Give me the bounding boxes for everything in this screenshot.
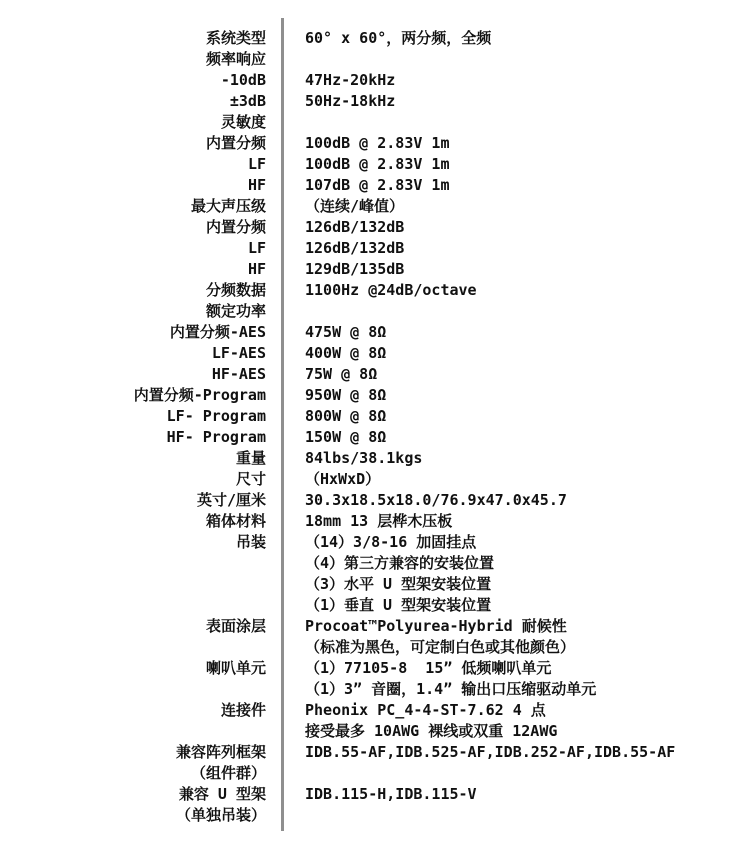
spec-value: 100dB @ 2.83V 1m bbox=[305, 154, 450, 175]
spec-label: HF-AES bbox=[0, 364, 266, 385]
spec-row: 内置分频126dB/132dB bbox=[0, 217, 750, 238]
spec-row: 系统类型60° x 60°，两分频，全频 bbox=[0, 28, 750, 49]
spec-table: 系统类型60° x 60°，两分频，全频频率响应-10dB47Hz-20kHz±… bbox=[0, 28, 750, 826]
spec-row: 最大声压级（连续/峰值） bbox=[0, 196, 750, 217]
spec-row: LF100dB @ 2.83V 1m bbox=[0, 154, 750, 175]
spec-label: LF bbox=[0, 238, 266, 259]
spec-row: 兼容阵列框架IDB.55-AF,IDB.525-AF,IDB.252-AF,ID… bbox=[0, 742, 750, 763]
spec-value: 75W @ 8Ω bbox=[305, 364, 377, 385]
spec-row: 额定功率 bbox=[0, 301, 750, 322]
spec-row: （单独吊装） bbox=[0, 805, 750, 826]
spec-row: （3）水平 U 型架安装位置 bbox=[0, 574, 750, 595]
spec-row: HF129dB/135dB bbox=[0, 259, 750, 280]
spec-value: 1100Hz @24dB/octave bbox=[305, 280, 477, 301]
spec-value: 800W @ 8Ω bbox=[305, 406, 386, 427]
spec-label: 兼容 U 型架 bbox=[0, 784, 266, 805]
spec-label: 英寸/厘米 bbox=[0, 490, 266, 511]
spec-label: LF-AES bbox=[0, 343, 266, 364]
spec-row: （组件群） bbox=[0, 763, 750, 784]
spec-value: （4）第三方兼容的安装位置 bbox=[305, 553, 494, 574]
spec-row: （1）3” 音圈，1.4” 输出口压缩驱动单元 bbox=[0, 679, 750, 700]
spec-sheet-page: 系统类型60° x 60°，两分频，全频频率响应-10dB47Hz-20kHz±… bbox=[0, 0, 750, 856]
spec-label: ±3dB bbox=[0, 91, 266, 112]
spec-row: -10dB47Hz-20kHz bbox=[0, 70, 750, 91]
spec-value: 950W @ 8Ω bbox=[305, 385, 386, 406]
spec-label: 连接件 bbox=[0, 700, 266, 721]
spec-label: 表面涂层 bbox=[0, 616, 266, 637]
spec-value: 126dB/132dB bbox=[305, 238, 404, 259]
spec-row: 英寸/厘米30.3x18.5x18.0/76.9x47.0x45.7 bbox=[0, 490, 750, 511]
spec-label: -10dB bbox=[0, 70, 266, 91]
spec-row: HF- Program150W @ 8Ω bbox=[0, 427, 750, 448]
spec-row: 连接件Pheonix PC_4-4-ST-7.62 4 点 bbox=[0, 700, 750, 721]
spec-label: 内置分频 bbox=[0, 217, 266, 238]
spec-label: LF- Program bbox=[0, 406, 266, 427]
spec-row: （4）第三方兼容的安装位置 bbox=[0, 553, 750, 574]
spec-label: 吊装 bbox=[0, 532, 266, 553]
spec-label bbox=[0, 595, 266, 616]
spec-label: （单独吊装） bbox=[0, 805, 266, 826]
spec-row: 尺寸（HxWxD） bbox=[0, 469, 750, 490]
spec-value: Pheonix PC_4-4-ST-7.62 4 点 bbox=[305, 700, 546, 721]
spec-row: 接受最多 10AWG 裸线或双重 12AWG bbox=[0, 721, 750, 742]
spec-value: 60° x 60°，两分频，全频 bbox=[305, 28, 491, 49]
spec-label bbox=[0, 574, 266, 595]
spec-label: 兼容阵列框架 bbox=[0, 742, 266, 763]
spec-label: LF bbox=[0, 154, 266, 175]
spec-label bbox=[0, 679, 266, 700]
spec-row: 频率响应 bbox=[0, 49, 750, 70]
spec-label: 内置分频-Program bbox=[0, 385, 266, 406]
spec-label: 内置分频-AES bbox=[0, 322, 266, 343]
spec-value: （1）77105-8 15” 低频喇叭单元 bbox=[305, 658, 551, 679]
spec-row: 喇叭单元（1）77105-8 15” 低频喇叭单元 bbox=[0, 658, 750, 679]
spec-label: 箱体材料 bbox=[0, 511, 266, 532]
spec-value: （标准为黑色，可定制白色或其他颜色） bbox=[305, 637, 575, 658]
spec-value: 475W @ 8Ω bbox=[305, 322, 386, 343]
spec-value: 接受最多 10AWG 裸线或双重 12AWG bbox=[305, 721, 557, 742]
spec-row: LF-AES400W @ 8Ω bbox=[0, 343, 750, 364]
spec-label: 频率响应 bbox=[0, 49, 266, 70]
spec-value: IDB.115-H,IDB.115-V bbox=[305, 784, 477, 805]
spec-label: （组件群） bbox=[0, 763, 266, 784]
spec-label: 尺寸 bbox=[0, 469, 266, 490]
spec-label: 内置分频 bbox=[0, 133, 266, 154]
spec-row: 表面涂层Procoat™Polyurea-Hybrid 耐候性 bbox=[0, 616, 750, 637]
spec-label: 喇叭单元 bbox=[0, 658, 266, 679]
spec-row: 箱体材料18mm 13 层桦木压板 bbox=[0, 511, 750, 532]
spec-value: 129dB/135dB bbox=[305, 259, 404, 280]
spec-row: 重量84lbs/38.1kgs bbox=[0, 448, 750, 469]
spec-row: ±3dB50Hz-18kHz bbox=[0, 91, 750, 112]
spec-label: 最大声压级 bbox=[0, 196, 266, 217]
spec-label bbox=[0, 721, 266, 742]
spec-row: （标准为黑色，可定制白色或其他颜色） bbox=[0, 637, 750, 658]
spec-value: 18mm 13 层桦木压板 bbox=[305, 511, 452, 532]
spec-label: 重量 bbox=[0, 448, 266, 469]
spec-value: 107dB @ 2.83V 1m bbox=[305, 175, 450, 196]
spec-value: （连续/峰值） bbox=[305, 196, 404, 217]
spec-row: LF- Program800W @ 8Ω bbox=[0, 406, 750, 427]
spec-row: （1）垂直 U 型架安装位置 bbox=[0, 595, 750, 616]
spec-value: 150W @ 8Ω bbox=[305, 427, 386, 448]
spec-row: 吊装（14）3/8-16 加固挂点 bbox=[0, 532, 750, 553]
spec-row: 内置分频-Program950W @ 8Ω bbox=[0, 385, 750, 406]
spec-row: 分频数据1100Hz @24dB/octave bbox=[0, 280, 750, 301]
spec-label: 系统类型 bbox=[0, 28, 266, 49]
spec-label: HF bbox=[0, 175, 266, 196]
spec-row: 内置分频-AES475W @ 8Ω bbox=[0, 322, 750, 343]
spec-row: LF126dB/132dB bbox=[0, 238, 750, 259]
spec-value: IDB.55-AF,IDB.525-AF,IDB.252-AF,IDB.55-A… bbox=[305, 742, 675, 763]
spec-label: HF bbox=[0, 259, 266, 280]
spec-label bbox=[0, 553, 266, 574]
spec-value: 400W @ 8Ω bbox=[305, 343, 386, 364]
spec-label bbox=[0, 637, 266, 658]
spec-label: 分频数据 bbox=[0, 280, 266, 301]
spec-value: 50Hz-18kHz bbox=[305, 91, 395, 112]
spec-row: 内置分频100dB @ 2.83V 1m bbox=[0, 133, 750, 154]
spec-row: HF-AES75W @ 8Ω bbox=[0, 364, 750, 385]
spec-value: 84lbs/38.1kgs bbox=[305, 448, 422, 469]
spec-value: （14）3/8-16 加固挂点 bbox=[305, 532, 476, 553]
spec-value: （1）3” 音圈，1.4” 输出口压缩驱动单元 bbox=[305, 679, 596, 700]
spec-row: 灵敏度 bbox=[0, 112, 750, 133]
spec-label: HF- Program bbox=[0, 427, 266, 448]
spec-label: 灵敏度 bbox=[0, 112, 266, 133]
spec-value: （3）水平 U 型架安装位置 bbox=[305, 574, 491, 595]
spec-value: 100dB @ 2.83V 1m bbox=[305, 133, 450, 154]
spec-label: 额定功率 bbox=[0, 301, 266, 322]
spec-value: （1）垂直 U 型架安装位置 bbox=[305, 595, 491, 616]
spec-row: HF107dB @ 2.83V 1m bbox=[0, 175, 750, 196]
spec-value: （HxWxD） bbox=[305, 469, 380, 490]
spec-value: 47Hz-20kHz bbox=[305, 70, 395, 91]
spec-value: 126dB/132dB bbox=[305, 217, 404, 238]
spec-value: Procoat™Polyurea-Hybrid 耐候性 bbox=[305, 616, 567, 637]
spec-value: 30.3x18.5x18.0/76.9x47.0x45.7 bbox=[305, 490, 567, 511]
spec-row: 兼容 U 型架IDB.115-H,IDB.115-V bbox=[0, 784, 750, 805]
